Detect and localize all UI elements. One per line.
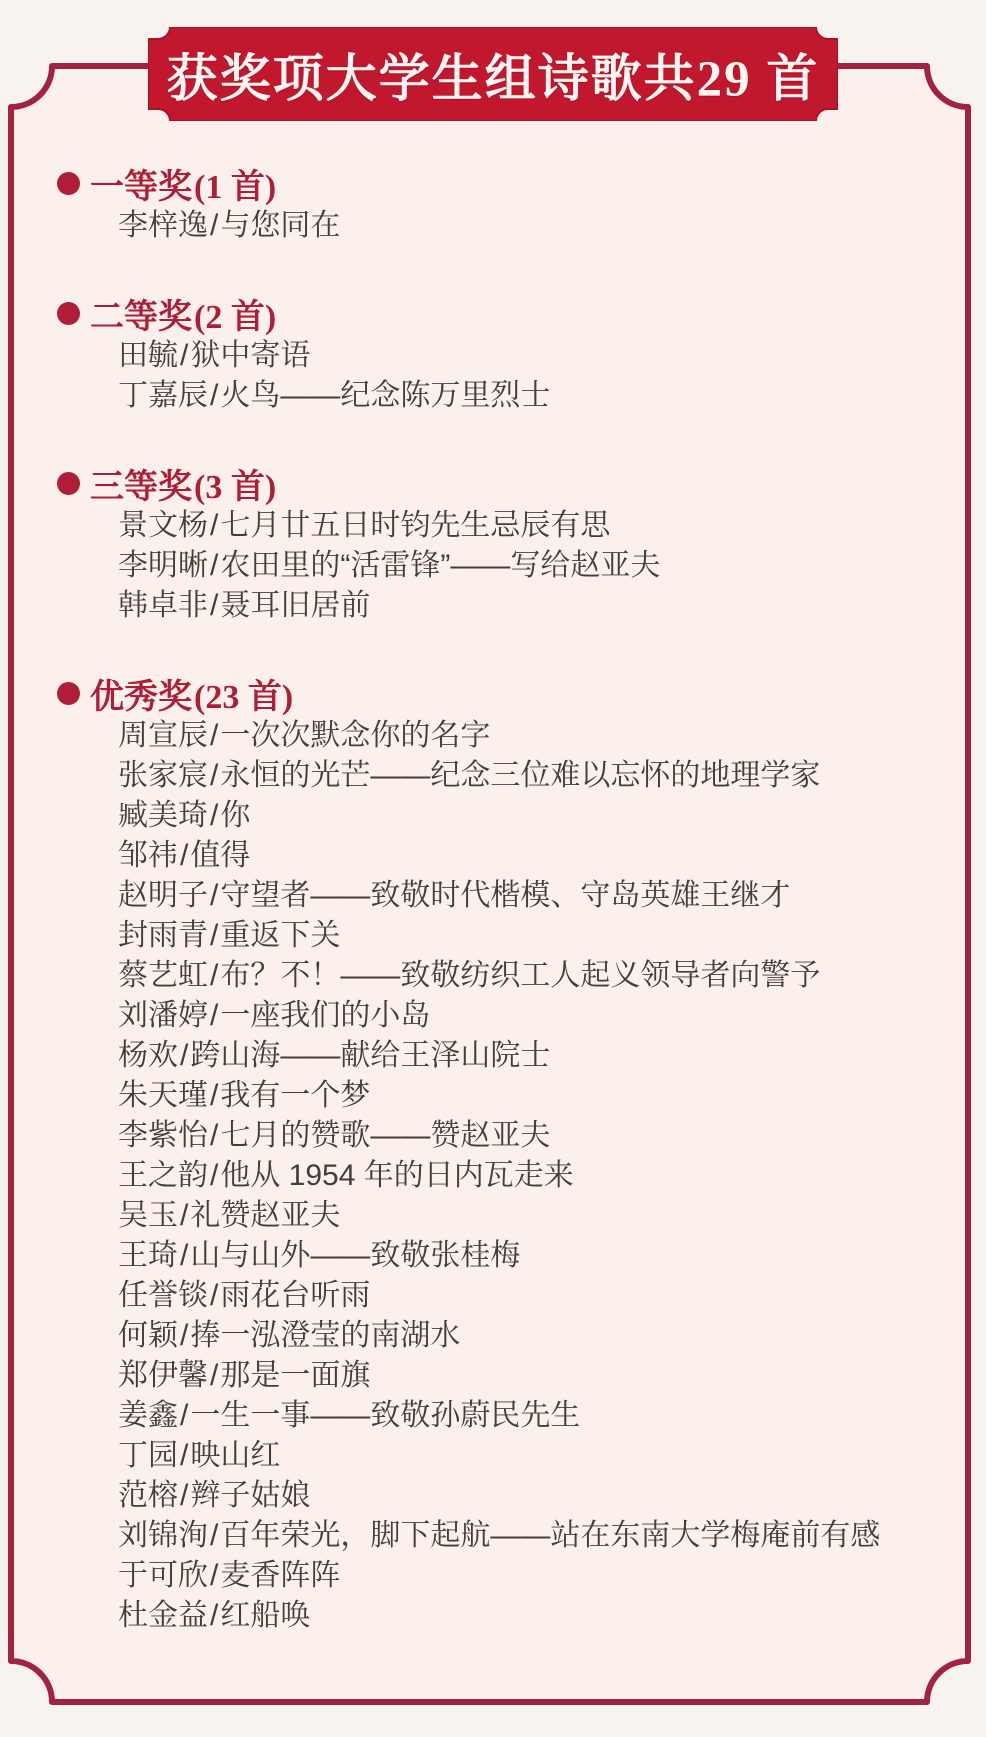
- author-title-separator: /: [208, 919, 220, 952]
- poem-entry: 杜金益/红船唤: [118, 1596, 937, 1636]
- entry-author: 于可欣: [118, 1559, 208, 1592]
- author-title-separator: /: [208, 999, 220, 1032]
- poem-entry: 邹祎/值得: [118, 836, 937, 876]
- entry-title: 映山红: [190, 1439, 280, 1472]
- entry-title: 火鸟——纪念陈万里烈士: [220, 379, 550, 412]
- entry-title: 跨山海——献给王泽山院士: [190, 1039, 550, 1072]
- poem-entry: 范榕/辫子姑娘: [118, 1476, 937, 1516]
- poem-entry: 姜鑫/一生一事——致敬孙蔚民先生: [118, 1396, 937, 1436]
- poem-entry: 李梓逸/与您同在: [118, 206, 937, 246]
- entry-title: 七月的赞歌——赞赵亚夫: [220, 1119, 550, 1152]
- author-title-separator: /: [178, 1399, 190, 1432]
- entry-title: 麦香阵阵: [220, 1559, 340, 1592]
- entry-list: 李梓逸/与您同在: [57, 206, 937, 246]
- author-title-separator: /: [178, 839, 190, 872]
- award-count-label: (23 首): [194, 669, 293, 718]
- poem-entry: 封雨青/重返下关: [118, 916, 937, 956]
- award-level-label: 优秀奖: [90, 669, 192, 718]
- entry-author: 李明晰: [118, 549, 208, 582]
- entry-title: 值得: [190, 839, 250, 872]
- entry-title: 一次次默念你的名字: [220, 719, 490, 752]
- entry-title: 与您同在: [220, 209, 340, 242]
- entry-title: 你: [220, 799, 250, 832]
- entry-title: 七月廿五日时钧先生忌辰有思: [220, 509, 610, 542]
- award-count-label: (3 首): [194, 459, 276, 508]
- poem-entry: 何颖/捧一泓澄莹的南湖水: [118, 1316, 937, 1356]
- award-level-label: 二等奖: [90, 289, 192, 338]
- section-heading: 二等奖(2 首): [57, 290, 937, 336]
- author-title-separator: /: [208, 1559, 220, 1592]
- bullet-icon: [57, 172, 80, 195]
- entry-title: 山与山外——致敬张桂梅: [190, 1239, 520, 1272]
- poem-entry: 蔡艺虹/布？不！——致敬纺织工人起义领导者向警予: [118, 956, 937, 996]
- author-title-separator: /: [208, 1079, 220, 1112]
- entry-title: 他从 1954 年的日内瓦走来: [220, 1159, 573, 1192]
- entry-author: 范榕: [118, 1479, 178, 1512]
- poem-entry: 周宣辰/一次次默念你的名字: [118, 716, 937, 756]
- entry-title: 那是一面旗: [220, 1359, 370, 1392]
- bullet-icon: [57, 682, 80, 705]
- author-title-separator: /: [178, 1039, 190, 1072]
- author-title-separator: /: [208, 1279, 220, 1312]
- poem-entry: 丁园/映山红: [118, 1436, 937, 1476]
- poem-entry: 杨欢/跨山海——献给王泽山院士: [118, 1036, 937, 1076]
- author-title-separator: /: [178, 1439, 190, 1472]
- author-title-separator: /: [208, 549, 220, 582]
- entry-title: 捧一泓澄莹的南湖水: [190, 1319, 460, 1352]
- entry-author: 王琦: [118, 1239, 178, 1272]
- author-title-separator: /: [208, 879, 220, 912]
- author-title-separator: /: [208, 959, 220, 992]
- entry-author: 韩卓非: [118, 589, 208, 622]
- entry-author: 李紫怡: [118, 1119, 208, 1152]
- award-count-label: (2 首): [194, 289, 276, 338]
- entry-author: 何颖: [118, 1319, 178, 1352]
- section-heading: 三等奖(3 首): [57, 460, 937, 506]
- entry-author: 吴玉: [118, 1199, 178, 1232]
- poem-entry: 刘锦洵/百年荣光，脚下起航——站在东南大学梅庵前有感: [118, 1516, 937, 1556]
- poem-entry: 李明晰/农田里的“活雷锋”——写给赵亚夫: [118, 546, 937, 586]
- award-list: 一等奖(1 首)李梓逸/与您同在二等奖(2 首)田毓/狱中寄语丁嘉辰/火鸟——纪…: [57, 160, 937, 1680]
- author-title-separator: /: [208, 1159, 220, 1192]
- poem-entry: 赵明子/守望者——致敬时代楷模、守岛英雄王继才: [118, 876, 937, 916]
- section-heading: 一等奖(1 首): [57, 160, 937, 206]
- poem-entry: 吴玉/礼赞赵亚夫: [118, 1196, 937, 1236]
- author-title-separator: /: [208, 1519, 220, 1552]
- poem-entry: 景文杨/七月廿五日时钧先生忌辰有思: [118, 506, 937, 546]
- poem-entry: 王琦/山与山外——致敬张桂梅: [118, 1236, 937, 1276]
- entry-title: 狱中寄语: [190, 339, 310, 372]
- award-count-label: (1 首): [194, 159, 276, 208]
- entry-author: 邹祎: [118, 839, 178, 872]
- title-banner: 获奖项大学生组诗歌共29 首: [148, 27, 838, 121]
- entry-title: 一座我们的小岛: [220, 999, 430, 1032]
- entry-list: 景文杨/七月廿五日时钧先生忌辰有思李明晰/农田里的“活雷锋”——写给赵亚夫韩卓非…: [57, 506, 937, 626]
- entry-author: 周宣辰: [118, 719, 208, 752]
- entry-author: 赵明子: [118, 879, 208, 912]
- entry-author: 朱天瑾: [118, 1079, 208, 1112]
- author-title-separator: /: [208, 1359, 220, 1392]
- author-title-separator: /: [208, 799, 220, 832]
- entry-author: 丁嘉辰: [118, 379, 208, 412]
- award-section: 优秀奖(23 首)周宣辰/一次次默念你的名字张家宸/永恒的光芒——纪念三位难以忘…: [57, 670, 937, 1636]
- entry-title: 百年荣光，脚下起航——站在东南大学梅庵前有感: [220, 1519, 880, 1552]
- entry-title: 礼赞赵亚夫: [190, 1199, 340, 1232]
- poem-entry: 韩卓非/聂耳旧居前: [118, 586, 937, 626]
- entry-title: 雨花台听雨: [220, 1279, 370, 1312]
- award-section: 二等奖(2 首)田毓/狱中寄语丁嘉辰/火鸟——纪念陈万里烈士: [57, 290, 937, 416]
- author-title-separator: /: [178, 1479, 190, 1512]
- entry-author: 蔡艺虹: [118, 959, 208, 992]
- award-level-label: 三等奖: [90, 459, 192, 508]
- entry-list: 周宣辰/一次次默念你的名字张家宸/永恒的光芒——纪念三位难以忘怀的地理学家臧美琦…: [57, 716, 937, 1636]
- author-title-separator: /: [208, 759, 220, 792]
- author-title-separator: /: [208, 509, 220, 542]
- entry-title: 辫子姑娘: [190, 1479, 310, 1512]
- entry-author: 封雨青: [118, 919, 208, 952]
- entry-author: 臧美琦: [118, 799, 208, 832]
- author-title-separator: /: [208, 589, 220, 622]
- poem-entry: 王之韵/他从 1954 年的日内瓦走来: [118, 1156, 937, 1196]
- author-title-separator: /: [178, 339, 190, 372]
- entry-title: 聂耳旧居前: [220, 589, 370, 622]
- entry-author: 杨欢: [118, 1039, 178, 1072]
- author-title-separator: /: [178, 1239, 190, 1272]
- author-title-separator: /: [208, 209, 220, 242]
- poem-entry: 丁嘉辰/火鸟——纪念陈万里烈士: [118, 376, 937, 416]
- poem-entry: 李紫怡/七月的赞歌——赞赵亚夫: [118, 1116, 937, 1156]
- entry-author: 李梓逸: [118, 209, 208, 242]
- award-level-label: 一等奖: [90, 159, 192, 208]
- poem-entry: 任誉锬/雨花台听雨: [118, 1276, 937, 1316]
- entry-author: 田毓: [118, 339, 178, 372]
- entry-title: 红船唤: [220, 1599, 310, 1632]
- author-title-separator: /: [208, 1119, 220, 1152]
- entry-title: 一生一事——致敬孙蔚民先生: [190, 1399, 580, 1432]
- award-section: 一等奖(1 首)李梓逸/与您同在: [57, 160, 937, 246]
- entry-author: 王之韵: [118, 1159, 208, 1192]
- poem-entry: 刘潘婷/一座我们的小岛: [118, 996, 937, 1036]
- author-title-separator: /: [178, 1319, 190, 1352]
- entry-author: 任誉锬: [118, 1279, 208, 1312]
- entry-title: 守望者——致敬时代楷模、守岛英雄王继才: [220, 879, 790, 912]
- poster-title: 获奖项大学生组诗歌共29 首: [148, 27, 838, 121]
- award-section: 三等奖(3 首)景文杨/七月廿五日时钧先生忌辰有思李明晰/农田里的“活雷锋”——…: [57, 460, 937, 626]
- poem-entry: 于可欣/麦香阵阵: [118, 1556, 937, 1596]
- author-title-separator: /: [208, 719, 220, 752]
- entry-author: 姜鑫: [118, 1399, 178, 1432]
- entry-title: 布？不！——致敬纺织工人起义领导者向警予: [220, 959, 820, 992]
- entry-title: 农田里的“活雷锋”——写给赵亚夫: [220, 549, 660, 582]
- poem-entry: 郑伊馨/那是一面旗: [118, 1356, 937, 1396]
- author-title-separator: /: [208, 1599, 220, 1632]
- award-poster: 获奖项大学生组诗歌共29 首 一等奖(1 首)李梓逸/与您同在二等奖(2 首)田…: [0, 0, 986, 1737]
- entry-author: 景文杨: [118, 509, 208, 542]
- author-title-separator: /: [208, 379, 220, 412]
- poem-entry: 张家宸/永恒的光芒——纪念三位难以忘怀的地理学家: [118, 756, 937, 796]
- entry-author: 丁园: [118, 1439, 178, 1472]
- author-title-separator: /: [178, 1199, 190, 1232]
- entry-author: 张家宸: [118, 759, 208, 792]
- poem-entry: 田毓/狱中寄语: [118, 336, 937, 376]
- entry-title: 重返下关: [220, 919, 340, 952]
- bullet-icon: [57, 302, 80, 325]
- bullet-icon: [57, 472, 80, 495]
- entry-author: 刘锦洵: [118, 1519, 208, 1552]
- entry-title: 永恒的光芒——纪念三位难以忘怀的地理学家: [220, 759, 820, 792]
- section-heading: 优秀奖(23 首): [57, 670, 937, 716]
- entry-title: 我有一个梦: [220, 1079, 370, 1112]
- poem-entry: 臧美琦/你: [118, 796, 937, 836]
- entry-author: 刘潘婷: [118, 999, 208, 1032]
- poem-entry: 朱天瑾/我有一个梦: [118, 1076, 937, 1116]
- entry-author: 郑伊馨: [118, 1359, 208, 1392]
- entry-author: 杜金益: [118, 1599, 208, 1632]
- entry-list: 田毓/狱中寄语丁嘉辰/火鸟——纪念陈万里烈士: [57, 336, 937, 416]
